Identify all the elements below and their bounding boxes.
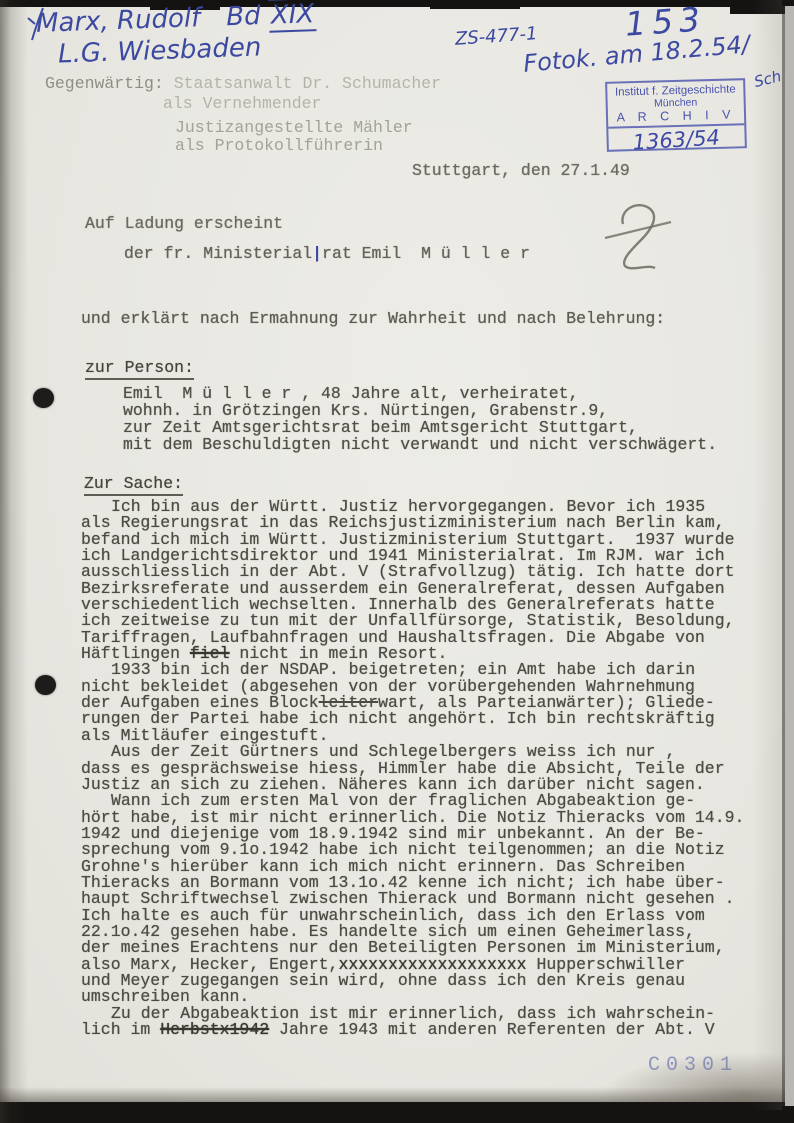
place-date-line: Stuttgart, den 27.1.49 bbox=[412, 163, 630, 179]
witness-line-pre: der fr. Ministerial bbox=[124, 244, 312, 263]
stamp-number-box: 1363/54 bbox=[608, 123, 745, 155]
summons-line: Auf Ladung erscheint bbox=[85, 216, 283, 232]
punch-hole-top bbox=[33, 388, 54, 408]
archive-stamp: Institut f. Zeitgeschichte München A R C… bbox=[605, 78, 747, 152]
clerk-line: Justizangestellte Mähler bbox=[175, 120, 413, 136]
scan-edge-bottom bbox=[0, 1102, 794, 1123]
scan-edge-right bbox=[785, 6, 794, 1106]
scan-edge-left-shadow bbox=[0, 0, 28, 1123]
present-line: Gegenwärtig: Staatsanwalt Dr. Schumacher bbox=[45, 76, 441, 92]
punch-hole-bottom bbox=[35, 675, 56, 695]
handwritten-ink-mark: | bbox=[312, 244, 322, 263]
present-label: Gegenwärtig: bbox=[45, 74, 174, 93]
person-line: mit dem Beschuldigten nicht verwandt und… bbox=[123, 437, 717, 454]
person-details: Emil M ü l l e r , 48 Jahre alt, verheir… bbox=[123, 386, 717, 454]
pencil-scribble-icon bbox=[603, 200, 675, 276]
volume-number: XIX bbox=[268, 0, 316, 33]
person-heading: zur Person: bbox=[85, 358, 194, 380]
name-ref-text: Marx, Rudolf bbox=[36, 3, 201, 39]
stamp-archiv-line: A R C H I V bbox=[608, 107, 744, 125]
oath-line: und erklärt nach Ermahnung zur Wahrheit … bbox=[81, 311, 665, 327]
clerk-role: als Protokollführerin bbox=[175, 138, 383, 154]
present-role: als Vernehmender bbox=[163, 96, 321, 112]
present-value: Staatsanwalt Dr. Schumacher bbox=[174, 74, 441, 93]
witness-line: der fr. Ministerial|rat Emil M ü l l e r bbox=[124, 246, 530, 262]
volume-prefix: Bd bbox=[226, 1, 270, 32]
sache-heading: Zur Sache: bbox=[84, 474, 183, 496]
stamp-archive-number: 1363/54 bbox=[632, 125, 721, 154]
handwritten-court-ref: L.G. Wiesbaden bbox=[58, 32, 262, 69]
page-control-stamp: C0301 bbox=[648, 1054, 738, 1077]
document-page: Marx, RudolfBd XIX L.G. Wiesbaden ZS-477… bbox=[0, 0, 794, 1123]
sache-body: Ich bin aus der Württ. Justiz hervorgega… bbox=[81, 499, 781, 1038]
body-line: lich im Herbstx1942 Jahre 1943 mit ander… bbox=[81, 1022, 781, 1038]
witness-line-post: rat Emil M ü l l e r bbox=[322, 244, 530, 263]
handwritten-zs-number: ZS-477-1 bbox=[454, 23, 538, 50]
scan-edge-top-bump-2 bbox=[430, 0, 520, 9]
